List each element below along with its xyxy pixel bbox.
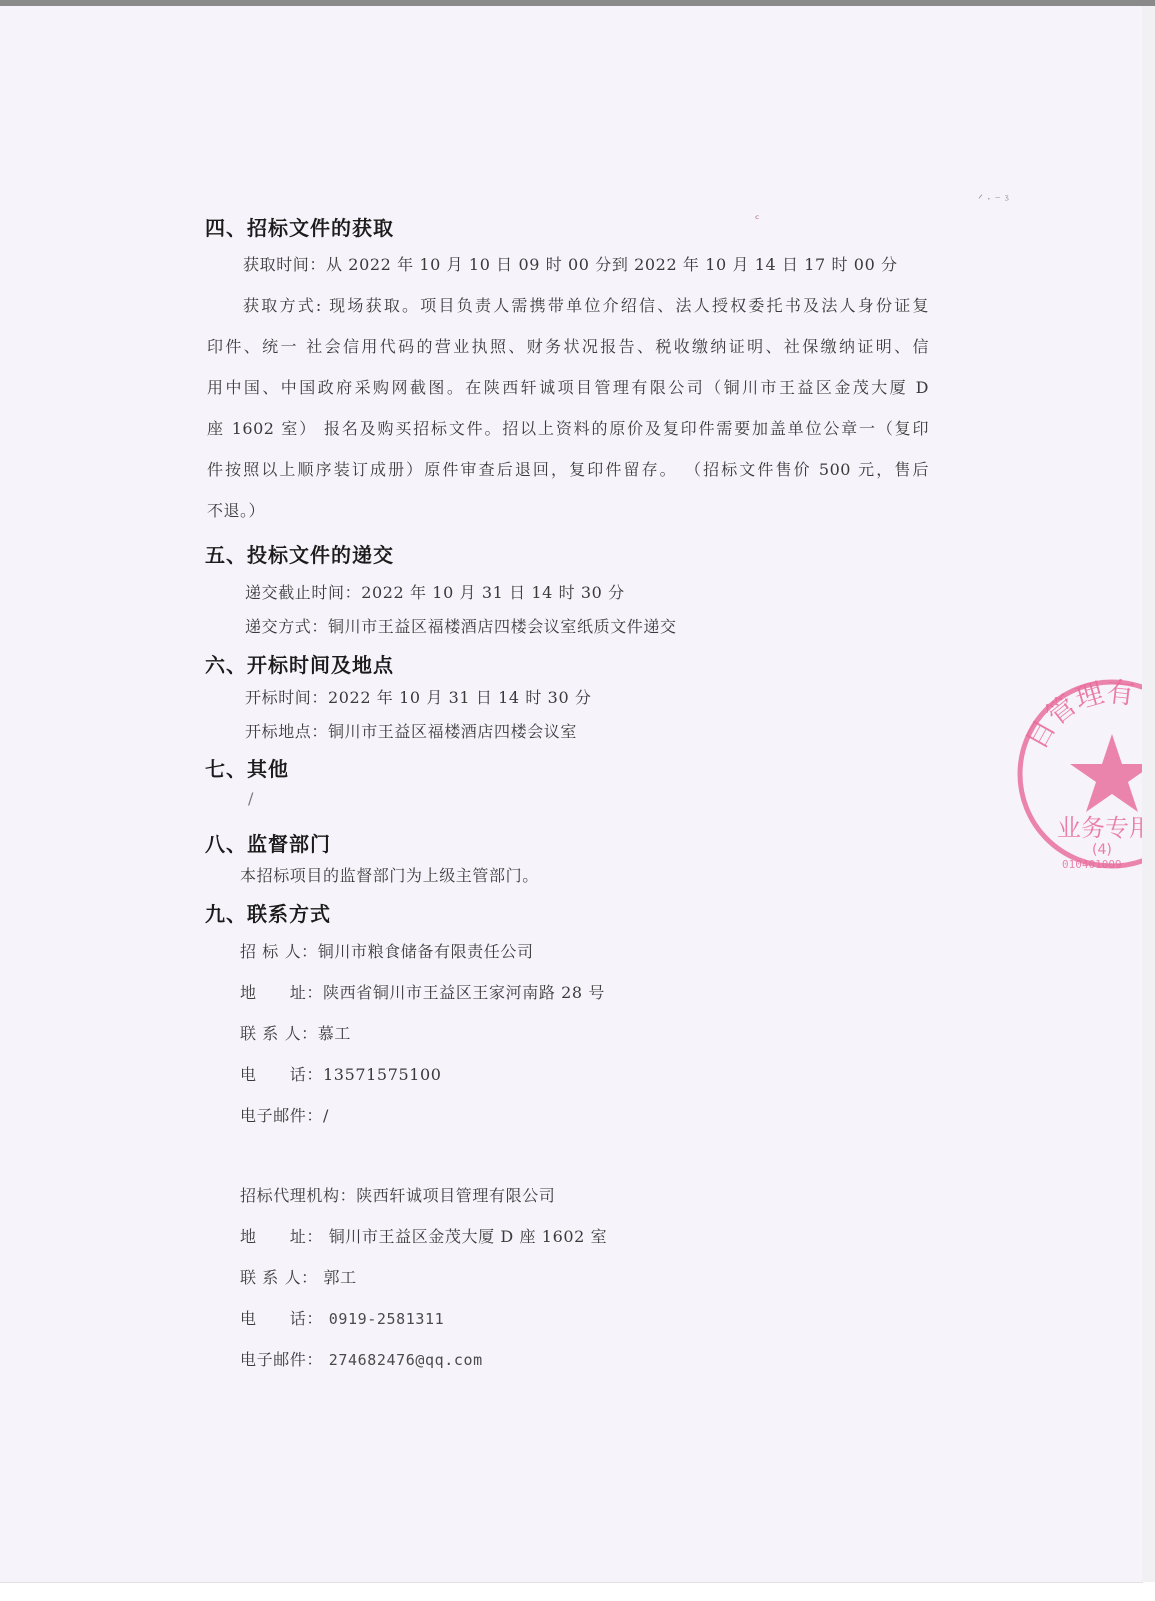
- opening-place: 开标地点：铜川市王益区福楼酒店四楼会议室: [245, 719, 577, 742]
- scan-speck: ᐟ · ⁻ ᶾ: [978, 192, 1009, 206]
- section-5-heading: 五、投标文件的递交: [205, 539, 394, 568]
- tenderer-contact-row: 联 系 人：慕工: [240, 1021, 351, 1044]
- tenderer-phone-row: 电 话：13571575100: [240, 1062, 442, 1085]
- acquire-method-line: 印件、统一 社会信用代码的营业执照、财务状况报告、税收缴纳证明、社保缴纳证明、信: [207, 334, 929, 357]
- tenderer-name-label: 招 标 人：: [240, 942, 318, 961]
- tenderer-address-label: 地 址：: [240, 983, 323, 1002]
- acquire-method-line: 不退。）: [207, 498, 265, 521]
- tenderer-address: 陕西省铜川市王益区王家河南路 28 号: [323, 983, 605, 1002]
- acquire-time-label: 获取时间：: [243, 255, 326, 274]
- tenderer-email-row: 电子邮件：/: [240, 1103, 329, 1126]
- agency-contact-label: 联 系 人：: [240, 1268, 318, 1287]
- agency-email-row: 电子邮件： 274682476@qq.com: [240, 1347, 483, 1370]
- acquire-method-line: 获取方式: 现场获取。项目负责人需携带单位介绍信、法人授权委托书及法人身份证复: [243, 293, 929, 316]
- opening-time: 开标时间：2022 年 10 月 31 日 14 时 30 分: [245, 685, 592, 708]
- agency-email-label: 电子邮件：: [240, 1350, 323, 1369]
- tenderer-email: /: [323, 1106, 329, 1125]
- scan-speck: ᶜ: [755, 212, 759, 226]
- tenderer-address-row: 地 址：陕西省铜川市王益区王家河南路 28 号: [240, 980, 605, 1003]
- acquire-method-line: 用中国、中国政府采购网截图。在陕西轩诚项目管理有限公司（铜川市王益区金茂大厦 D: [207, 375, 929, 398]
- submit-deadline: 递交截止时间：2022 年 10 月 31 日 14 时 30 分: [245, 580, 625, 603]
- tenderer-name: 铜川市粮食储备有限责任公司: [318, 942, 534, 961]
- document-page: ᐟ · ⁻ ᶾ ᶜ 四、招标文件的获取 获取时间：从 2022 年 10 月 1…: [0, 6, 1143, 1583]
- tenderer-contact: 慕工: [318, 1024, 351, 1043]
- agency-name-row: 招标代理机构：陕西轩诚项目管理有限公司: [240, 1183, 555, 1206]
- agency-name-label: 招标代理机构：: [240, 1186, 356, 1205]
- acquire-method-line: 件按照以上顺序装订成册）原件审查后退回，复印件留存。 （招标文件售价 500 元…: [207, 457, 929, 480]
- section-7-heading: 七、其他: [205, 753, 289, 782]
- other-content: /: [248, 789, 254, 808]
- svg-text:010401009: 010401009: [1062, 858, 1122, 871]
- section-8-heading: 八、监督部门: [205, 828, 331, 857]
- agency-email: 274682476@qq.com: [329, 1351, 483, 1369]
- agency-address: 铜川市王益区金茂大厦 D 座 1602 室: [329, 1227, 608, 1246]
- tenderer-phone-label: 电 话：: [240, 1065, 323, 1084]
- section-6-heading: 六、开标时间及地点: [205, 649, 394, 678]
- agency-contact: 郭工: [323, 1268, 356, 1287]
- agency-address-row: 地 址： 铜川市王益区金茂大厦 D 座 1602 室: [240, 1224, 607, 1247]
- section-4-heading: 四、招标文件的获取: [205, 212, 394, 241]
- svg-text:目管理有: 目管理有: [1020, 675, 1137, 755]
- submit-method: 递交方式：铜川市王益区福楼酒店四楼会议室纸质文件递交: [245, 614, 677, 637]
- svg-text:业务专用: 业务专用: [1057, 814, 1142, 842]
- tenderer-name-row: 招 标 人：铜川市粮食储备有限责任公司: [240, 939, 534, 962]
- agency-phone-row: 电 话： 0919-2581311: [240, 1306, 444, 1329]
- acquire-time: 获取时间：从 2022 年 10 月 10 日 09 时 00 分到 2022 …: [243, 252, 898, 275]
- agency-phone: 0919-2581311: [329, 1310, 445, 1328]
- company-seal: 目管理有 业务专用 (4) 010401009: [1012, 674, 1142, 874]
- agency-address-label: 地 址：: [240, 1227, 323, 1246]
- agency-phone-label: 电 话：: [240, 1309, 323, 1328]
- acquire-method-line: 座 1602 室） 报名及购买招标文件。招以上资料的原价及复印件需要加盖单位公章…: [207, 416, 929, 439]
- agency-name: 陕西轩诚项目管理有限公司: [356, 1186, 555, 1205]
- scan-right-edge: [1142, 6, 1155, 1582]
- seal-icon: 目管理有 业务专用 (4) 010401009: [1012, 674, 1142, 874]
- agency-contact-row: 联 系 人： 郭工: [240, 1265, 357, 1288]
- acquire-time-value: 从 2022 年 10 月 10 日 09 时 00 分到 2022 年 10 …: [326, 255, 898, 274]
- section-9-heading: 九、联系方式: [205, 898, 331, 927]
- tenderer-phone: 13571575100: [323, 1065, 442, 1084]
- tenderer-email-label: 电子邮件：: [240, 1106, 323, 1125]
- svg-text:(4): (4): [1092, 842, 1112, 858]
- tenderer-contact-label: 联 系 人：: [240, 1024, 318, 1043]
- supervision-content: 本招标项目的监督部门为上级主管部门。: [240, 863, 539, 886]
